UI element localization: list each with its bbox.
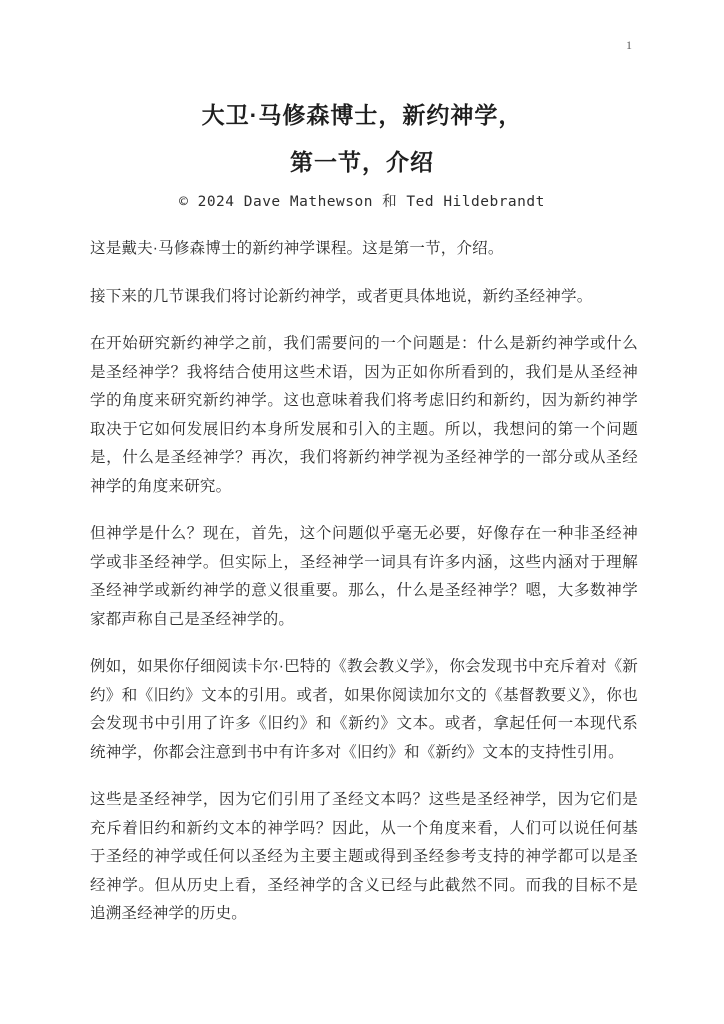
title-line-2: 第一节，介绍 [0,139,724,186]
body-paragraph: 在开始研究新约神学之前，我们需要问的一个问题是：什么是新约神学或什么是圣经神学？… [90,330,638,501]
body-paragraph: 这是戴夫·马修森博士的新约神学课程。这是第一节，介绍。 [90,235,638,264]
body-paragraph: 例如，如果你仔细阅读卡尔·巴特的《教会教义学》，你会发现书中充斥着对《新约》和《… [90,653,638,767]
document-body: 这是戴夫·马修森博士的新约神学课程。这是第一节，介绍。 接下来的几节课我们将讨论… [90,235,638,929]
body-paragraph: 接下来的几节课我们将讨论新约神学，或者更具体地说，新约圣经神学。 [90,283,638,312]
document-page: 1 大卫·马修森博士，新约神学， 第一节，介绍 © 2024 Dave Math… [0,0,724,1024]
page-number: 1 [626,38,632,53]
document-title: 大卫·马修森博士，新约神学， 第一节，介绍 [0,92,724,186]
body-paragraph: 这些是圣经神学，因为它们引用了圣经文本吗？这些是圣经神学，因为它们是充斥着旧约和… [90,786,638,929]
copyright-line: © 2024 Dave Mathewson 和 Ted Hildebrandt [0,190,724,211]
title-line-1: 大卫·马修森博士，新约神学， [0,92,724,139]
body-paragraph: 但神学是什么？现在，首先，这个问题似乎毫无必要，好像存在一种非圣经神学或非圣经神… [90,520,638,634]
